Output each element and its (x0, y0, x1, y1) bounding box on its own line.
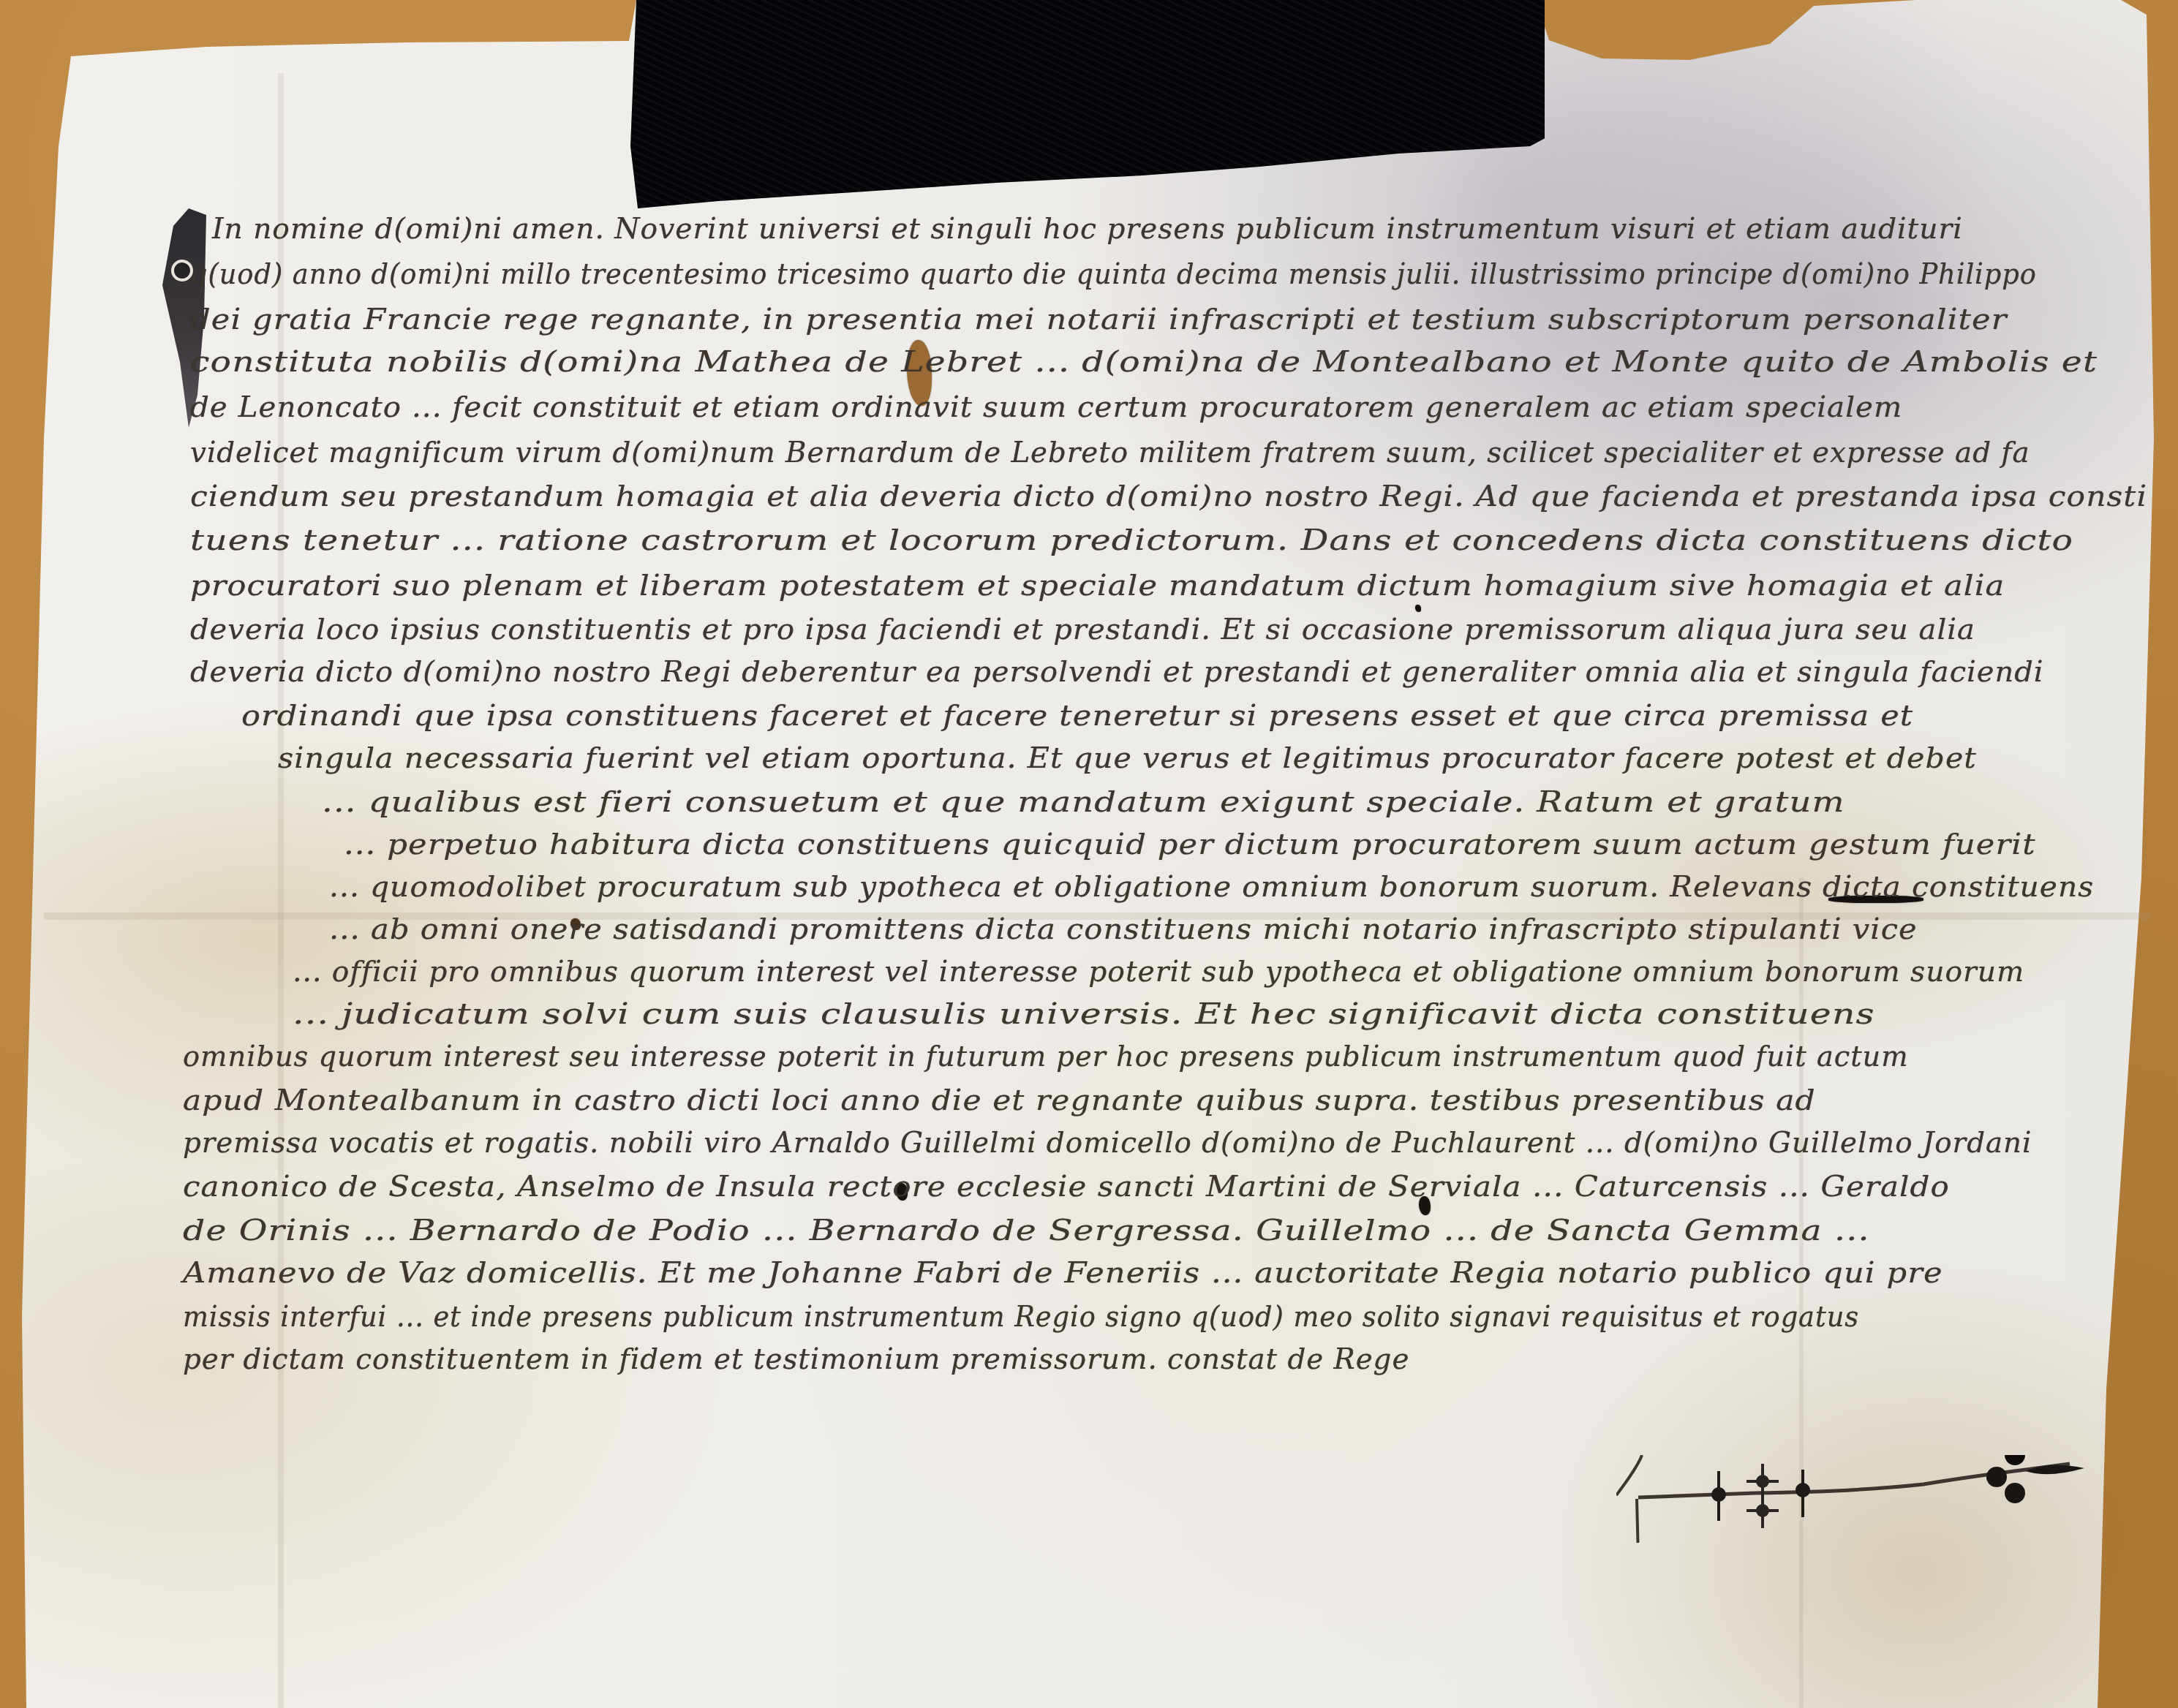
ink-speck (1415, 605, 1421, 612)
text-line-11: deveria dicto d(omi)no nostro Regi deber… (190, 655, 2044, 689)
document-viewer: In nomine d(omi)ni amen. Noverint univer… (0, 0, 2178, 1708)
text-line-10: deveria loco ipsius constituentis et pro… (190, 613, 1975, 646)
text-line-15: ... perpetuo habitura dicta constituens … (344, 828, 2036, 861)
text-line-22: premissa vocatis et rogatis. nobili viro… (183, 1126, 2032, 1160)
notarial-signum-icon (1616, 1455, 2099, 1543)
text-line-1: In nomine d(omi)ni amen. Noverint univer… (212, 212, 1963, 246)
text-line-12: ordinandi que ipsa constituens faceret e… (241, 699, 1913, 733)
text-line-16: ... quomodolibet procuratum sub ypotheca… (329, 870, 2094, 904)
text-line-9: procuratori suo plenam et liberam potest… (190, 569, 2005, 602)
text-line-7: ciendum seu prestandum homagia et alia d… (190, 480, 2147, 513)
text-line-2: q(uod) anno d(omi)ni millo trecentesimo … (190, 257, 2037, 291)
text-line-25: Amanevo de Vaz domicellis. Et me Johanne… (183, 1256, 1943, 1290)
text-line-3: dei gratia Francie rege regnante, in pre… (190, 303, 2007, 336)
text-line-6: videlicet magnificum virum d(omi)num Ber… (190, 436, 2030, 469)
text-line-23: canonico de Scesta, Anselmo de Insula re… (183, 1170, 1950, 1203)
text-line-26: missis interfui ... et inde presens publ… (183, 1300, 1859, 1334)
text-line-14: ... qualibus est fieri consuetum et que … (322, 785, 1845, 819)
text-line-21: apud Montealbanum in castro dicti loci a… (183, 1084, 1816, 1117)
text-line-19: ... judicatum solvi cum suis clausulis u… (293, 997, 1875, 1031)
text-line-24: de Orinis ... Bernardo de Podio ... Bern… (183, 1214, 1870, 1247)
text-line-4: constituta nobilis d(omi)na Mathea de Le… (190, 345, 2098, 379)
text-line-8: tuens tenetur ... ratione castrorum et l… (190, 524, 2073, 557)
text-line-13: singula necessaria fuerint vel etiam opo… (278, 741, 1977, 775)
text-line-17: ... ab omni onere satisdandi promittens … (329, 912, 1918, 946)
text-line-20: omnibus quorum interest seu interesse po… (183, 1040, 1909, 1073)
text-line-27: per dictam constituentem in fidem et tes… (183, 1342, 1409, 1376)
text-line-5: de Lenoncato ... fecit constituit et eti… (190, 390, 1902, 424)
text-line-18: ... officii pro omnibus quorum interest … (293, 955, 2024, 989)
